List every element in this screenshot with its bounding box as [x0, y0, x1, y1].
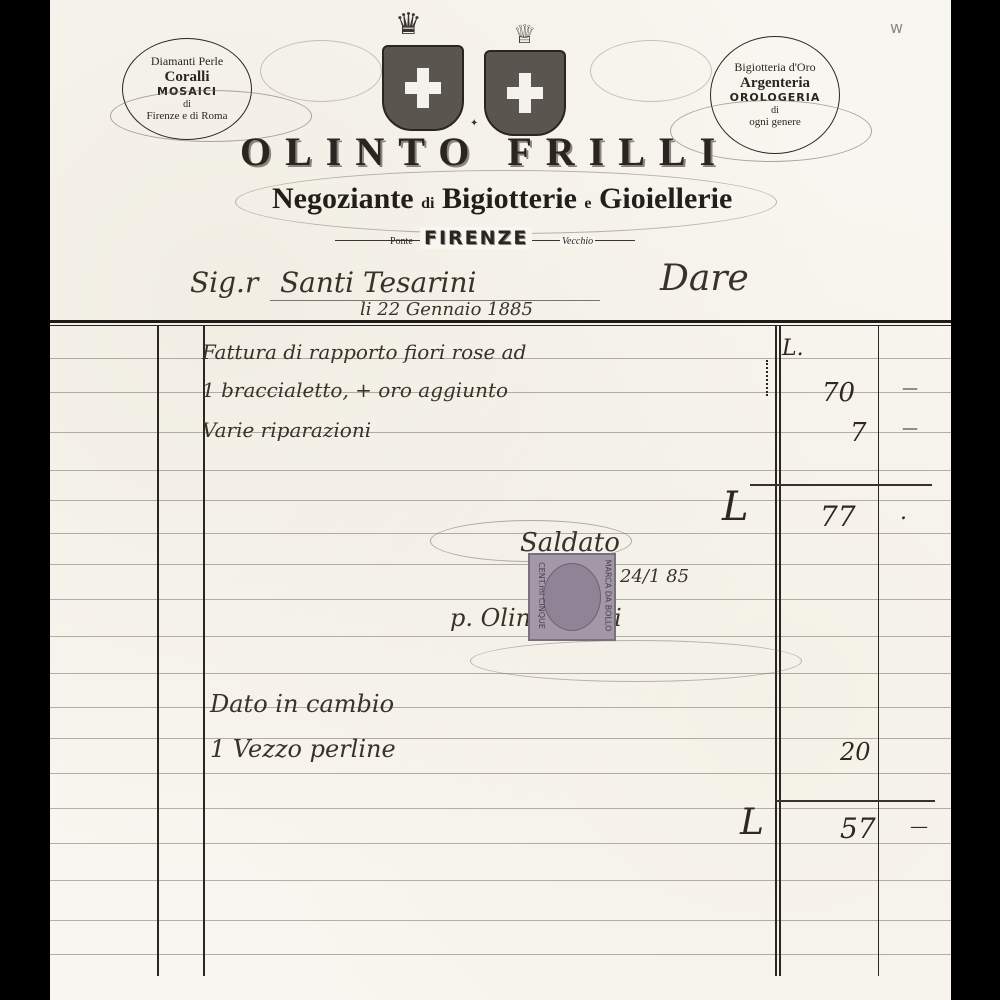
ruled-line: [50, 920, 951, 921]
flourish-trade-line: [235, 170, 777, 234]
ruled-line: [50, 470, 951, 471]
coat-of-arms-icon: [382, 45, 464, 131]
cartouche-right-line1: Bigiotteria d'Oro: [734, 61, 815, 75]
ruled-line: [50, 880, 951, 881]
ruled-line: [50, 738, 951, 739]
signature-flourish: [470, 640, 802, 682]
subtotal-suffix: .: [900, 500, 907, 525]
line-item-1-description: Fattura di rapporto fiori rose ad: [202, 340, 526, 364]
ruled-line: [50, 500, 951, 501]
line-item-3-suffix: —: [902, 418, 918, 437]
foliage-left: [260, 40, 382, 102]
exchange-item: 1 Vezzo perline: [210, 735, 396, 763]
receipt-date: 24/1 85: [620, 566, 689, 587]
ruled-line: [50, 843, 951, 844]
exchange-heading: Dato in cambio: [210, 690, 394, 718]
invoice-paper: w Diamanti Perle Coralli MOSAICI di Fire…: [50, 0, 951, 1000]
subtotal-amount: 77: [820, 500, 856, 533]
ruled-line: [50, 954, 951, 955]
crown-icon: ♛: [395, 10, 422, 40]
subtotal-symbol: L: [722, 484, 749, 530]
addressee-name: Santi Tesarini: [280, 266, 476, 299]
coat-of-arms-icon: [484, 50, 566, 136]
savoy-cross-icon: [405, 68, 441, 108]
merchant-name: OLINTO FRILLI: [240, 128, 729, 175]
line-item-2-amount: 70: [822, 378, 855, 408]
column-line-1: [157, 326, 159, 976]
debit-label: Dare: [660, 258, 749, 299]
location-right: Vecchio: [560, 236, 595, 247]
salutation: Sig.r: [190, 266, 258, 299]
savoy-cross-icon: [507, 73, 543, 113]
brace-mark: [766, 360, 774, 396]
subtotal-rule: [750, 484, 932, 486]
total-symbol: L: [740, 802, 764, 843]
exchange-amount: 20: [840, 738, 871, 766]
ruled-line: [50, 773, 951, 774]
ruled-line: [50, 432, 951, 433]
ledger-top-rule-thin: [50, 325, 951, 326]
total-amount: 57: [840, 812, 876, 845]
ruled-line: [50, 599, 951, 600]
line-item-2-suffix: —: [902, 378, 918, 397]
ledger-top-rule: [50, 320, 951, 323]
cartouche-right-line2: Argenteria: [740, 75, 810, 92]
stamp-right-text: MARCA DA BOLLO: [604, 560, 613, 632]
ruled-line: [50, 564, 951, 565]
column-line-4: [878, 326, 879, 976]
location-city: FIRENZE: [420, 227, 532, 249]
currency-symbol: L.: [782, 336, 804, 361]
invoice-date: li 22 Gennaio 1885: [360, 299, 533, 320]
ruled-line: [50, 808, 951, 809]
ruled-line: [50, 636, 951, 637]
total-rule: [775, 800, 935, 802]
crown-icon: ♕: [513, 22, 536, 48]
revenue-stamp: CENT.mi CINQUE MARCA DA BOLLO: [528, 553, 616, 641]
ruled-line: [50, 707, 951, 708]
cartouche-left-line1: Diamanti Perle: [151, 55, 223, 69]
cartouche-left-line2: Coralli: [165, 69, 210, 86]
line-item-3-amount: 7: [850, 418, 867, 448]
pencil-mark: w: [890, 18, 903, 37]
line-item-2-description: 1 braccialetto, + oro aggiunto: [202, 378, 508, 402]
stamp-portrait-icon: [543, 563, 601, 631]
total-suffix: —: [910, 816, 928, 837]
foliage-right: [590, 40, 712, 102]
stamp-left-text: CENT.mi CINQUE: [537, 562, 546, 629]
line-item-3-description: Varie riparazioni: [202, 418, 371, 442]
location-left: Ponte: [390, 236, 413, 247]
